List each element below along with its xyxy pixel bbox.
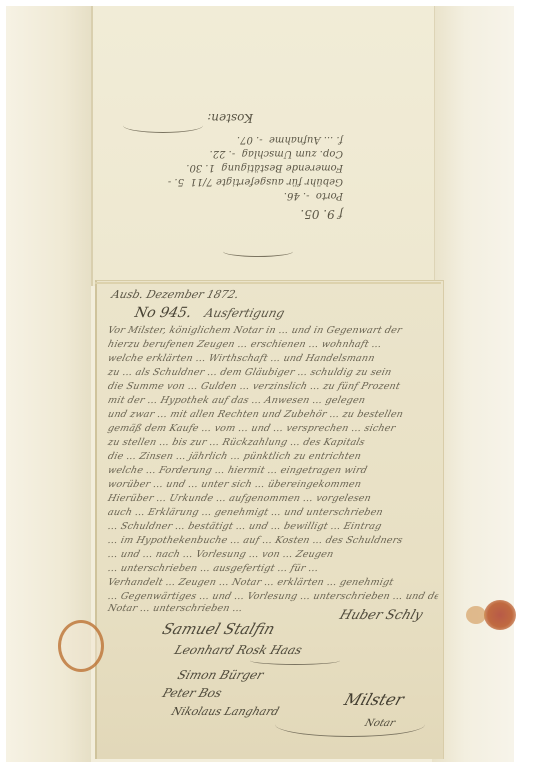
body-line: Verhandelt ... Zeugen ... Notar ... erkl…: [107, 577, 440, 588]
signature-leonhard-haas: Leonhard Rosk Haas: [173, 643, 304, 657]
main-text-panel: [95, 280, 444, 759]
cost-entry: Porto -. 46.: [284, 190, 343, 201]
body-line: ... Schuldner ... bestätigt ... und ... …: [107, 521, 440, 532]
notary-flourish: [275, 712, 425, 737]
signature-samuel-stalfin: Samuel Stalfin: [160, 620, 277, 638]
rust-stain-left: [58, 620, 104, 672]
body-line: gemäß dem Kaufe ... vom ... und ... vers…: [107, 423, 440, 434]
horizontal-fold-crease: [95, 282, 441, 284]
body-line: und zwar ... mit allen Rechten und Zubeh…: [107, 409, 440, 420]
body-line: mit der ... Hypothek auf das ... Anwesen…: [107, 395, 440, 406]
record-number: No 945.: [133, 305, 193, 321]
body-line: ... Gegenwärtiges ... und ... Vorlesung …: [107, 591, 440, 602]
signature-nikolaus-langhard: Nikolaus Langhard: [170, 705, 281, 718]
body-line: zu stellen ... bis zur ... Rückzahlung .…: [107, 437, 440, 448]
body-line: Hierüber ... Urkunde ... aufgenommen ...…: [107, 493, 440, 504]
body-line: welche ... Forderung ... hiermit ... ein…: [107, 465, 440, 476]
right-fold-flap: [432, 6, 514, 762]
signature-simon-burger: Simon Bürger: [176, 668, 266, 682]
body-line: ... im Hypothekenbuche ... auf ... Koste…: [107, 535, 440, 546]
body-line: worüber ... und ... unter sich ... übere…: [107, 479, 440, 490]
body-line: die ... Zinsen ... jährlich ... pünktlic…: [107, 451, 440, 462]
body-line: welche erklärten ... Wirthschaft ... und…: [107, 353, 440, 364]
total-underline-flourish: [123, 118, 203, 133]
heading-flourish: [223, 246, 293, 257]
cost-total: f 9. 05.: [300, 207, 343, 221]
cost-entry: Cop. zum Umschlag -. 22.: [210, 148, 343, 159]
body-line: ... und ... nach ... Vorlesung ... von .…: [107, 549, 440, 560]
cost-entry: Gebühr für ausgefertigte 7/11 5. -: [168, 176, 343, 187]
body-line: die Summe von ... Gulden ... verzinslich…: [107, 381, 440, 392]
body-line: zu ... als Schuldner ... dem Gläubiger .…: [107, 367, 440, 378]
cost-entry: f. ... Aufnahme -. 07.: [237, 134, 343, 145]
notary-signature: Milster: [342, 690, 407, 709]
body-line: Vor Milster, königlichem Notar in ... un…: [107, 325, 440, 336]
cost-entry: Fomerende Bestätigung 1. 30.: [186, 162, 343, 173]
body-line: auch ... Erklärung ... genehmigt ... und…: [107, 507, 440, 518]
record-title: Ausfertigung: [203, 306, 286, 320]
rust-stain-right-trail: [466, 606, 486, 624]
cost-heading: Kosten:: [207, 111, 253, 125]
top-panel-inverted: f 9. 05. Porto -. 46. Gebühr für ausgefe…: [91, 6, 435, 286]
signature-peter-bos: Peter Bos: [161, 686, 224, 700]
signature-huber-schly: Huber Schly: [338, 608, 425, 623]
signature-flourish: [250, 656, 340, 665]
body-line: hierzu berufenen Zeugen ... erschienen .…: [107, 339, 440, 350]
wax-seal-stain-right: [484, 600, 516, 630]
date-line: Ausb. Dezember 1872.: [110, 288, 240, 301]
body-line: ... unterschrieben ... ausgefertigt ... …: [107, 563, 440, 574]
